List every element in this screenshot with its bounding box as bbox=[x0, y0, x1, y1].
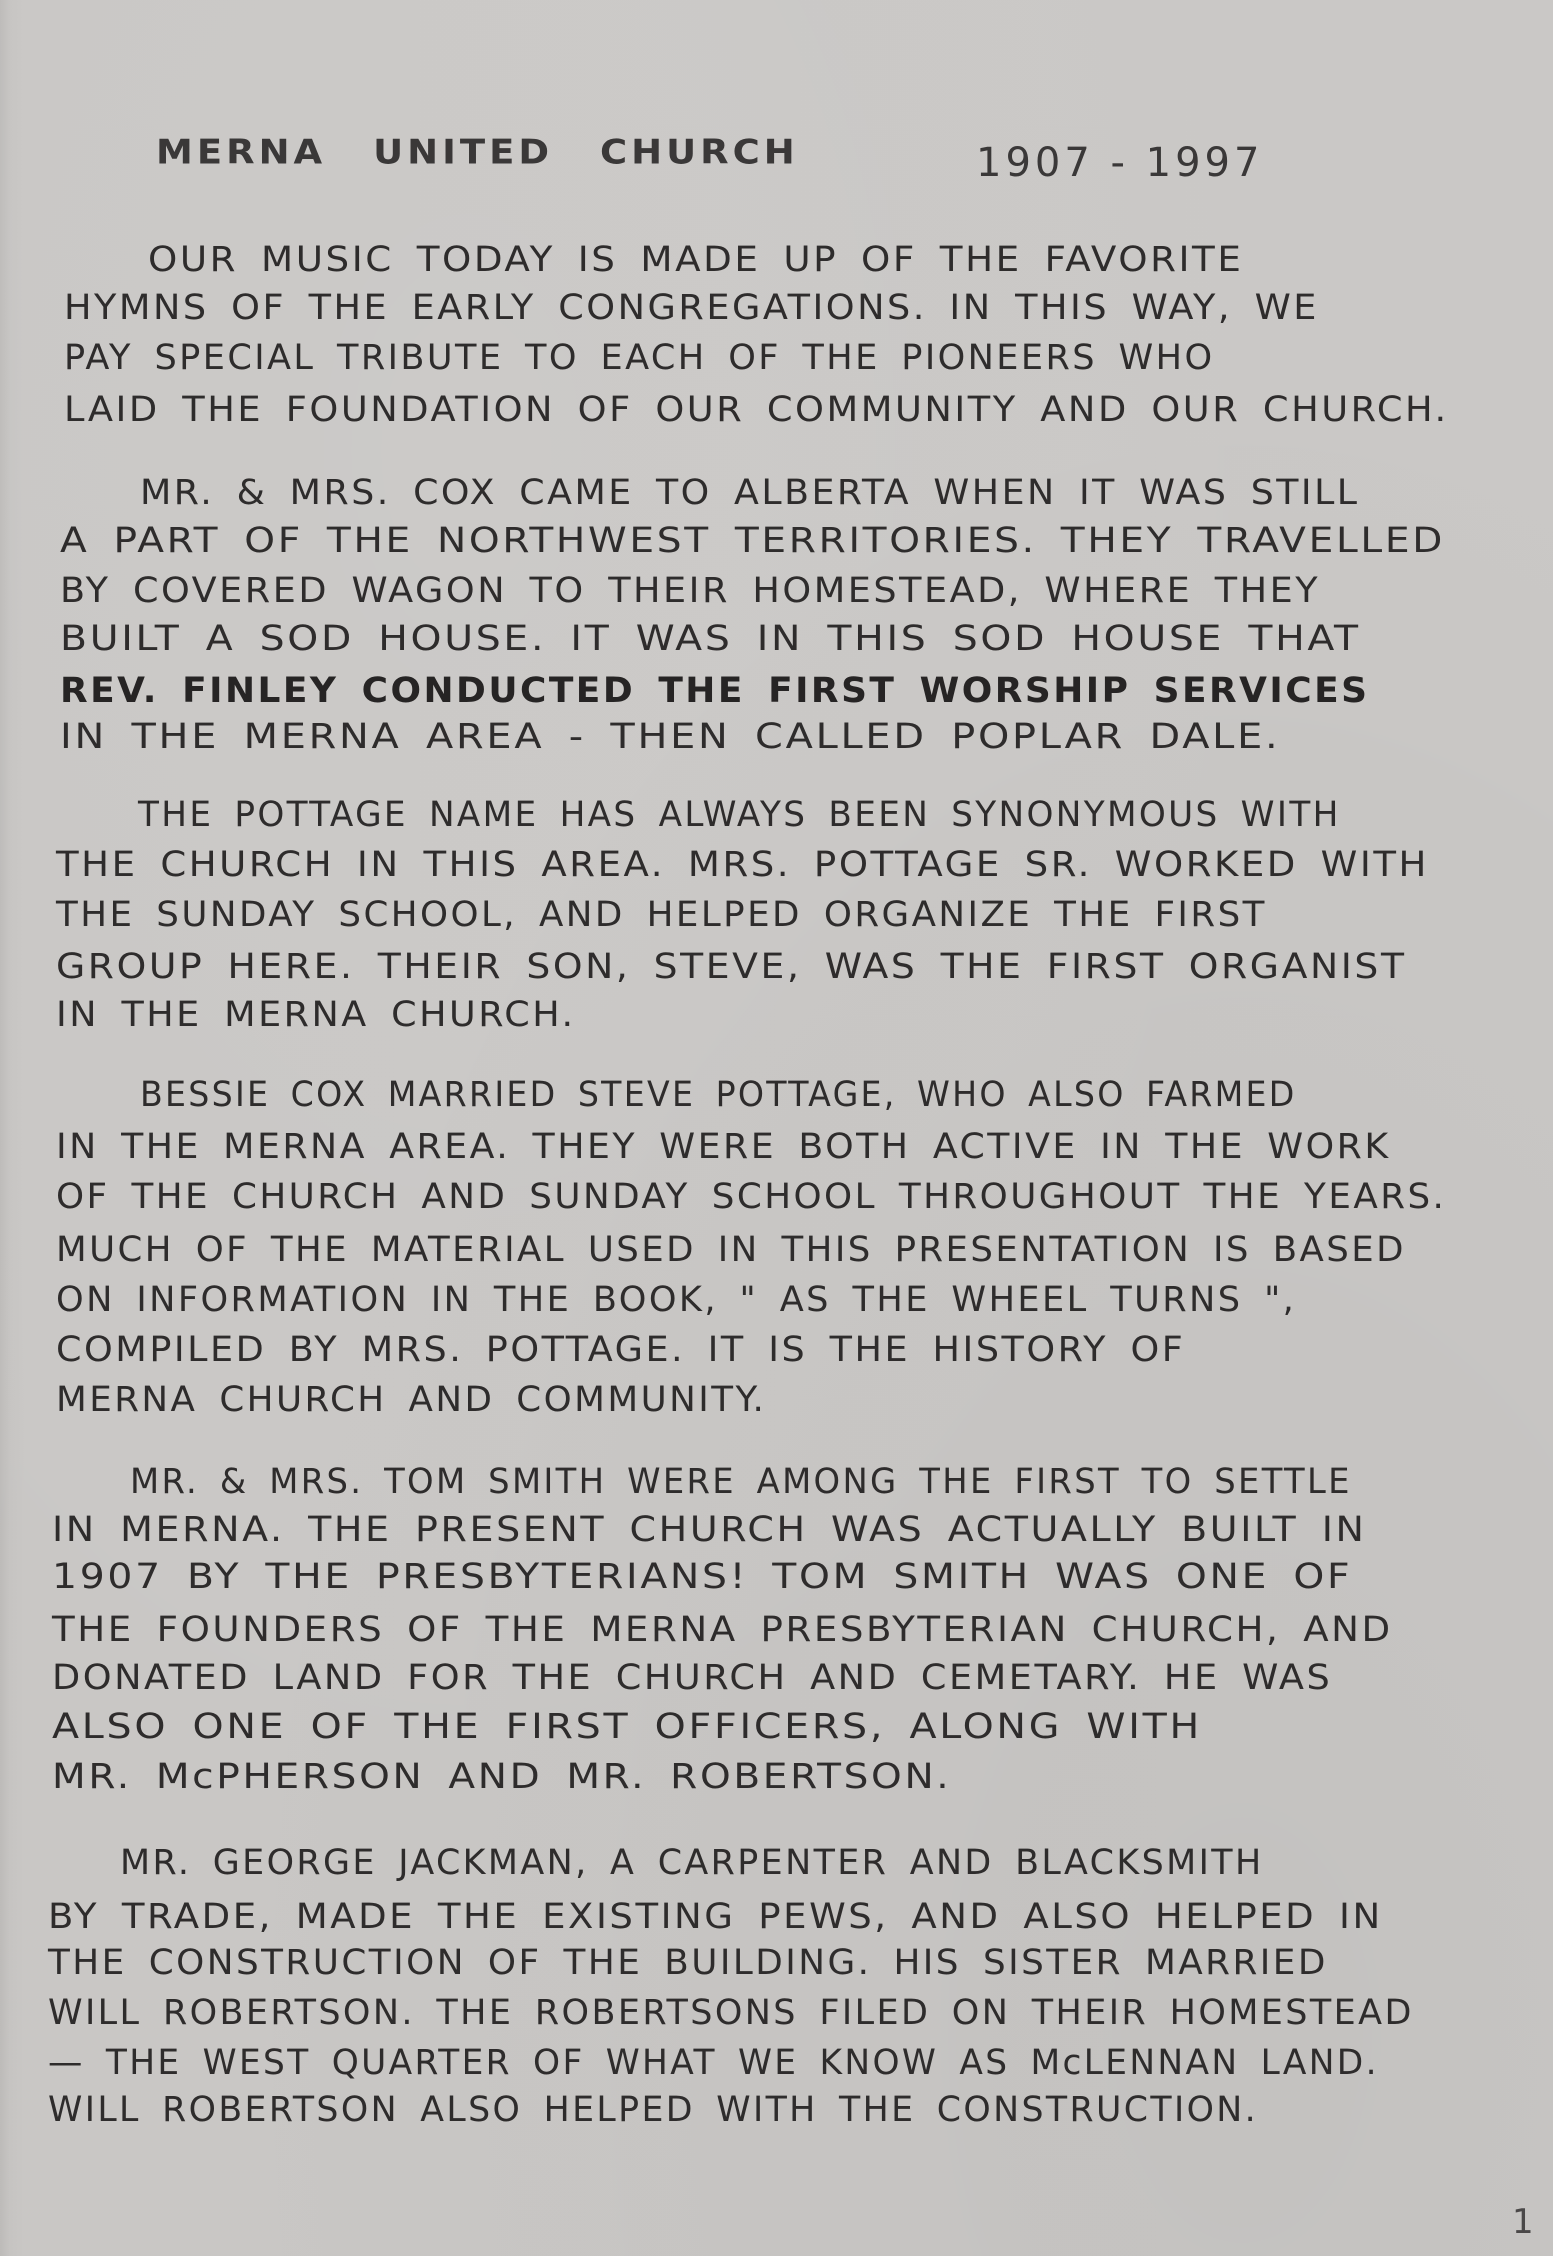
paragraph-5-line: ALSO ONE OF THE FIRST OFFICERS, ALONG WI… bbox=[52, 1707, 1202, 1747]
paragraph-1-line: PAY SPECIAL TRIBUTE TO EACH OF THE PIONE… bbox=[64, 338, 1215, 378]
paragraph-4-line: MERNA CHURCH AND COMMUNITY. bbox=[56, 1380, 766, 1420]
paragraph-4-line: COMPILED BY MRS. POTTAGE. IT IS THE HIST… bbox=[56, 1330, 1185, 1370]
paragraph-6-line: THE CONSTRUCTION OF THE BUILDING. HIS SI… bbox=[48, 1943, 1328, 1983]
paragraph-2-line: IN THE MERNA AREA - THEN CALLED POPLAR D… bbox=[60, 717, 1280, 757]
paragraph-1-line: HYMNS OF THE EARLY CONGREGATIONS. IN THI… bbox=[64, 288, 1319, 328]
paragraph-6-line: BY TRADE, MADE THE EXISTING PEWS, AND AL… bbox=[48, 1897, 1383, 1937]
document-header: MERNA UNITED CHURCH 1907 - 1997 bbox=[156, 132, 1296, 182]
paragraph-2-line: A PART OF THE NORTHWEST TERRITORIES. THE… bbox=[60, 521, 1445, 561]
page-number: 1 bbox=[1512, 2202, 1534, 2242]
paragraph-2-line: MR. & MRS. COX CAME TO ALBERTA WHEN IT W… bbox=[140, 473, 1360, 513]
paragraph-4-line: IN THE MERNA AREA. THEY WERE BOTH ACTIVE… bbox=[56, 1127, 1391, 1167]
paragraph-3-line: GROUP HERE. THEIR SON, STEVE, WAS THE FI… bbox=[56, 947, 1407, 987]
paragraph-3-line: THE POTTAGE NAME HAS ALWAYS BEEN SYNONYM… bbox=[138, 795, 1341, 835]
document-title: MERNA UNITED CHURCH bbox=[156, 132, 799, 172]
paragraph-1-line: LAID THE FOUNDATION OF OUR COMMUNITY AND… bbox=[64, 390, 1449, 430]
paragraph-4-line: MUCH OF THE MATERIAL USED IN THIS PRESEN… bbox=[56, 1230, 1406, 1270]
paragraph-6-line: WILL ROBERTSON ALSO HELPED WITH THE CONS… bbox=[48, 2090, 1258, 2130]
paragraph-5-line: IN MERNA. THE PRESENT CHURCH WAS ACTUALL… bbox=[52, 1510, 1367, 1550]
paragraph-5-line: MR. McPHERSON AND MR. ROBERTSON. bbox=[52, 1757, 951, 1797]
paragraph-6-line: MR. GEORGE JACKMAN, A CARPENTER AND BLAC… bbox=[120, 1843, 1264, 1883]
paragraph-5-line: MR. & MRS. TOM SMITH WERE AMONG THE FIRS… bbox=[130, 1462, 1352, 1502]
paragraph-3-line: THE SUNDAY SCHOOL, AND HELPED ORGANIZE T… bbox=[56, 895, 1267, 935]
paragraph-6-line: WILL ROBERTSON. THE ROBERTSONS FILED ON … bbox=[48, 1993, 1414, 2033]
paragraph-2-line: REV. FINLEY CONDUCTED THE FIRST WORSHIP … bbox=[60, 671, 1369, 711]
paragraph-5-line: DONATED LAND FOR THE CHURCH AND CEMETARY… bbox=[52, 1658, 1332, 1698]
paragraph-2-line: BY COVERED WAGON TO THEIR HOMESTEAD, WHE… bbox=[60, 571, 1320, 611]
paragraph-3-line: THE CHURCH IN THIS AREA. MRS. POTTAGE SR… bbox=[56, 845, 1429, 885]
paragraph-3-line: IN THE MERNA CHURCH. bbox=[56, 995, 576, 1035]
paragraph-2-line: BUILT A SOD HOUSE. IT WAS IN THIS SOD HO… bbox=[60, 619, 1361, 659]
paragraph-4-line: BESSIE COX MARRIED STEVE POTTAGE, WHO AL… bbox=[140, 1075, 1297, 1115]
document-dates: 1907 - 1997 bbox=[976, 140, 1263, 186]
paragraph-6-line: — THE WEST QUARTER OF WHAT WE KNOW AS Mc… bbox=[48, 2043, 1379, 2083]
paragraph-4-line: ON INFORMATION IN THE BOOK, " AS THE WHE… bbox=[56, 1280, 1296, 1320]
paragraph-5-line: THE FOUNDERS OF THE MERNA PRESBYTERIAN C… bbox=[52, 1610, 1393, 1650]
paragraph-4-line: OF THE CHURCH AND SUNDAY SCHOOL THROUGHO… bbox=[56, 1177, 1446, 1217]
paragraph-1-line: OUR MUSIC TODAY IS MADE UP OF THE FAVORI… bbox=[148, 240, 1243, 280]
paragraph-5-line: 1907 BY THE PRESBYTERIANS! TOM SMITH WAS… bbox=[52, 1557, 1352, 1597]
